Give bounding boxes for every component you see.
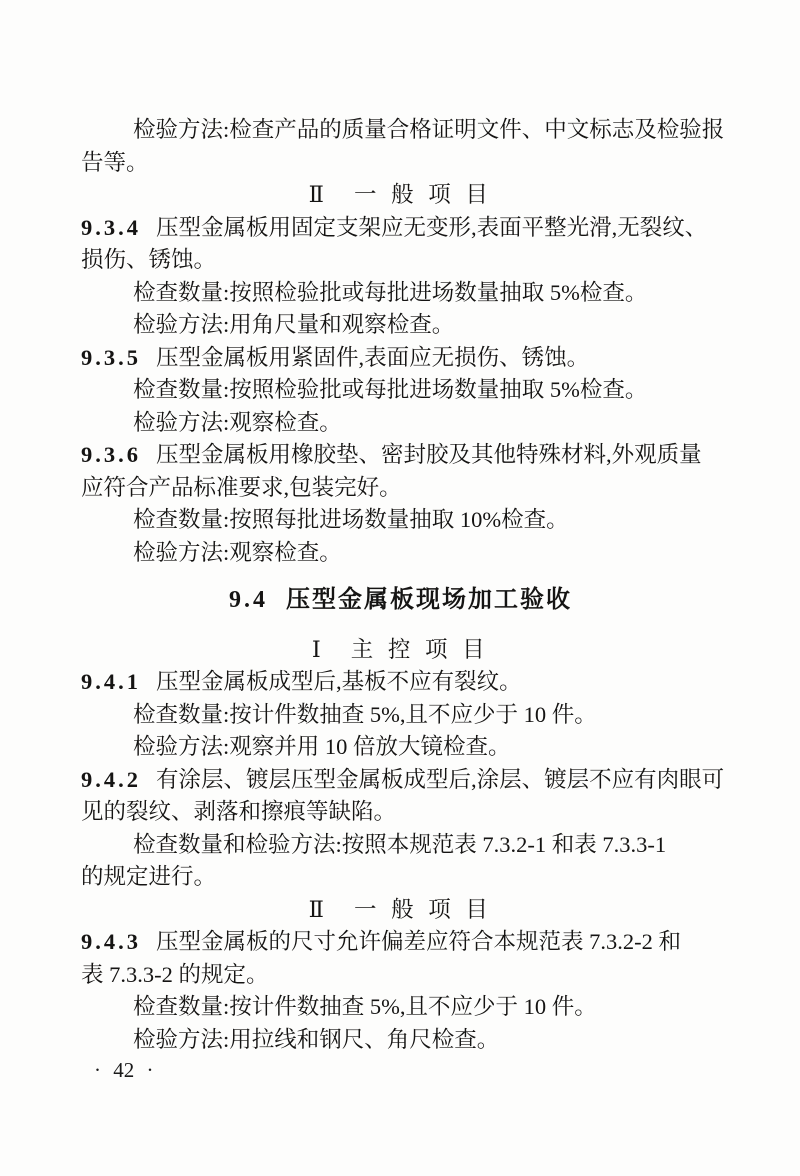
- body-line: 检验方法:检查产品的质量合格证明文件、中文标志及检验报: [81, 114, 720, 147]
- clause-line: 9.3.5压型金属板用紧固件,表面应无损伤、锈蚀。: [81, 342, 720, 375]
- clause-text: 压型金属板用橡胶垫、密封胶及其他特殊材料,外观质量: [156, 442, 702, 467]
- roman-numeral: Ⅰ: [312, 637, 321, 662]
- body-line: 检查数量:按照每批进场数量抽取 10%检查。: [81, 504, 720, 537]
- clause-number: 9.3.5: [81, 345, 141, 370]
- clause-line: 9.4.1压型金属板成型后,基板不应有裂纹。: [81, 666, 720, 699]
- body-line: 检验方法:用拉线和钢尺、角尺检查。: [81, 1024, 720, 1057]
- body-line: 告等。: [81, 147, 720, 180]
- subsection-heading: Ⅱ一 般 项 目: [81, 179, 720, 212]
- roman-numeral: Ⅱ: [309, 182, 324, 207]
- clause-line: 9.4.2有涂层、镀层压型金属板成型后,涂层、镀层不应有肉眼可: [81, 764, 720, 797]
- clause-text: 压型金属板用紧固件,表面应无损伤、锈蚀。: [156, 345, 589, 370]
- body-line: 检查数量:按计件数抽查 5%,且不应少于 10 件。: [81, 991, 720, 1024]
- clause-number: 9.4.2: [81, 767, 141, 792]
- clause-number: 9.3.6: [81, 442, 141, 467]
- clause-number: 9.4.1: [81, 669, 141, 694]
- body-line: 见的裂纹、剥落和擦痕等缺陷。: [81, 796, 720, 829]
- clause-line: 9.4.3压型金属板的尺寸允许偏差应符合本规范表 7.3.2-2 和: [81, 926, 720, 959]
- section-title-text: 压型金属板现场加工验收: [286, 587, 572, 613]
- document-page: 检验方法:检查产品的质量合格证明文件、中文标志及检验报告等。Ⅱ一 般 项 目9.…: [0, 0, 800, 1176]
- body-line: 检查数量:按计件数抽查 5%,且不应少于 10 件。: [81, 699, 720, 732]
- heading-label: 一 般 项 目: [354, 897, 492, 922]
- body-line: 检验方法:观察并用 10 倍放大镜检查。: [81, 731, 720, 764]
- clause-number: 9.4.3: [81, 929, 141, 954]
- clause-text: 压型金属板成型后,基板不应有裂纹。: [156, 669, 522, 694]
- section-title: 9.4压型金属板现场加工验收: [81, 584, 720, 617]
- subsection-heading: Ⅰ主 控 项 目: [81, 634, 720, 667]
- body-line: 检查数量:按照检验批或每批进场数量抽取 5%检查。: [81, 374, 720, 407]
- clause-text: 有涂层、镀层压型金属板成型后,涂层、镀层不应有肉眼可: [156, 767, 724, 792]
- body-line: 检验方法:用角尺量和观察检查。: [81, 309, 720, 342]
- clause-line: 9.3.4压型金属板用固定支架应无变形,表面平整光滑,无裂纹、: [81, 212, 720, 245]
- body-line: 检查数量和检验方法:按照本规范表 7.3.2-1 和表 7.3.3-1: [81, 829, 720, 862]
- body-line: 的规定进行。: [81, 861, 720, 894]
- roman-numeral: Ⅱ: [309, 897, 324, 922]
- heading-label: 一 般 项 目: [354, 182, 492, 207]
- clause-text: 压型金属板的尺寸允许偏差应符合本规范表 7.3.2-2 和: [156, 929, 681, 954]
- clause-line: 9.3.6压型金属板用橡胶垫、密封胶及其他特殊材料,外观质量: [81, 439, 720, 472]
- body-line: 表 7.3.3-2 的规定。: [81, 959, 720, 992]
- body-line: 应符合产品标准要求,包装完好。: [81, 472, 720, 505]
- heading-label: 主 控 项 目: [351, 637, 489, 662]
- body-line: 检验方法:观察检查。: [81, 407, 720, 440]
- subsection-heading: Ⅱ一 般 项 目: [81, 894, 720, 927]
- page-number: · 42 ·: [94, 1058, 154, 1083]
- page-body: 检验方法:检查产品的质量合格证明文件、中文标志及检验报告等。Ⅱ一 般 项 目9.…: [81, 114, 720, 1056]
- body-line: 检验方法:观察检查。: [81, 537, 720, 570]
- section-number: 9.4: [229, 587, 268, 613]
- clause-text: 压型金属板用固定支架应无变形,表面平整光滑,无裂纹、: [156, 215, 707, 240]
- clause-number: 9.3.4: [81, 215, 141, 240]
- body-line: 损伤、锈蚀。: [81, 244, 720, 277]
- body-line: 检查数量:按照检验批或每批进场数量抽取 5%检查。: [81, 277, 720, 310]
